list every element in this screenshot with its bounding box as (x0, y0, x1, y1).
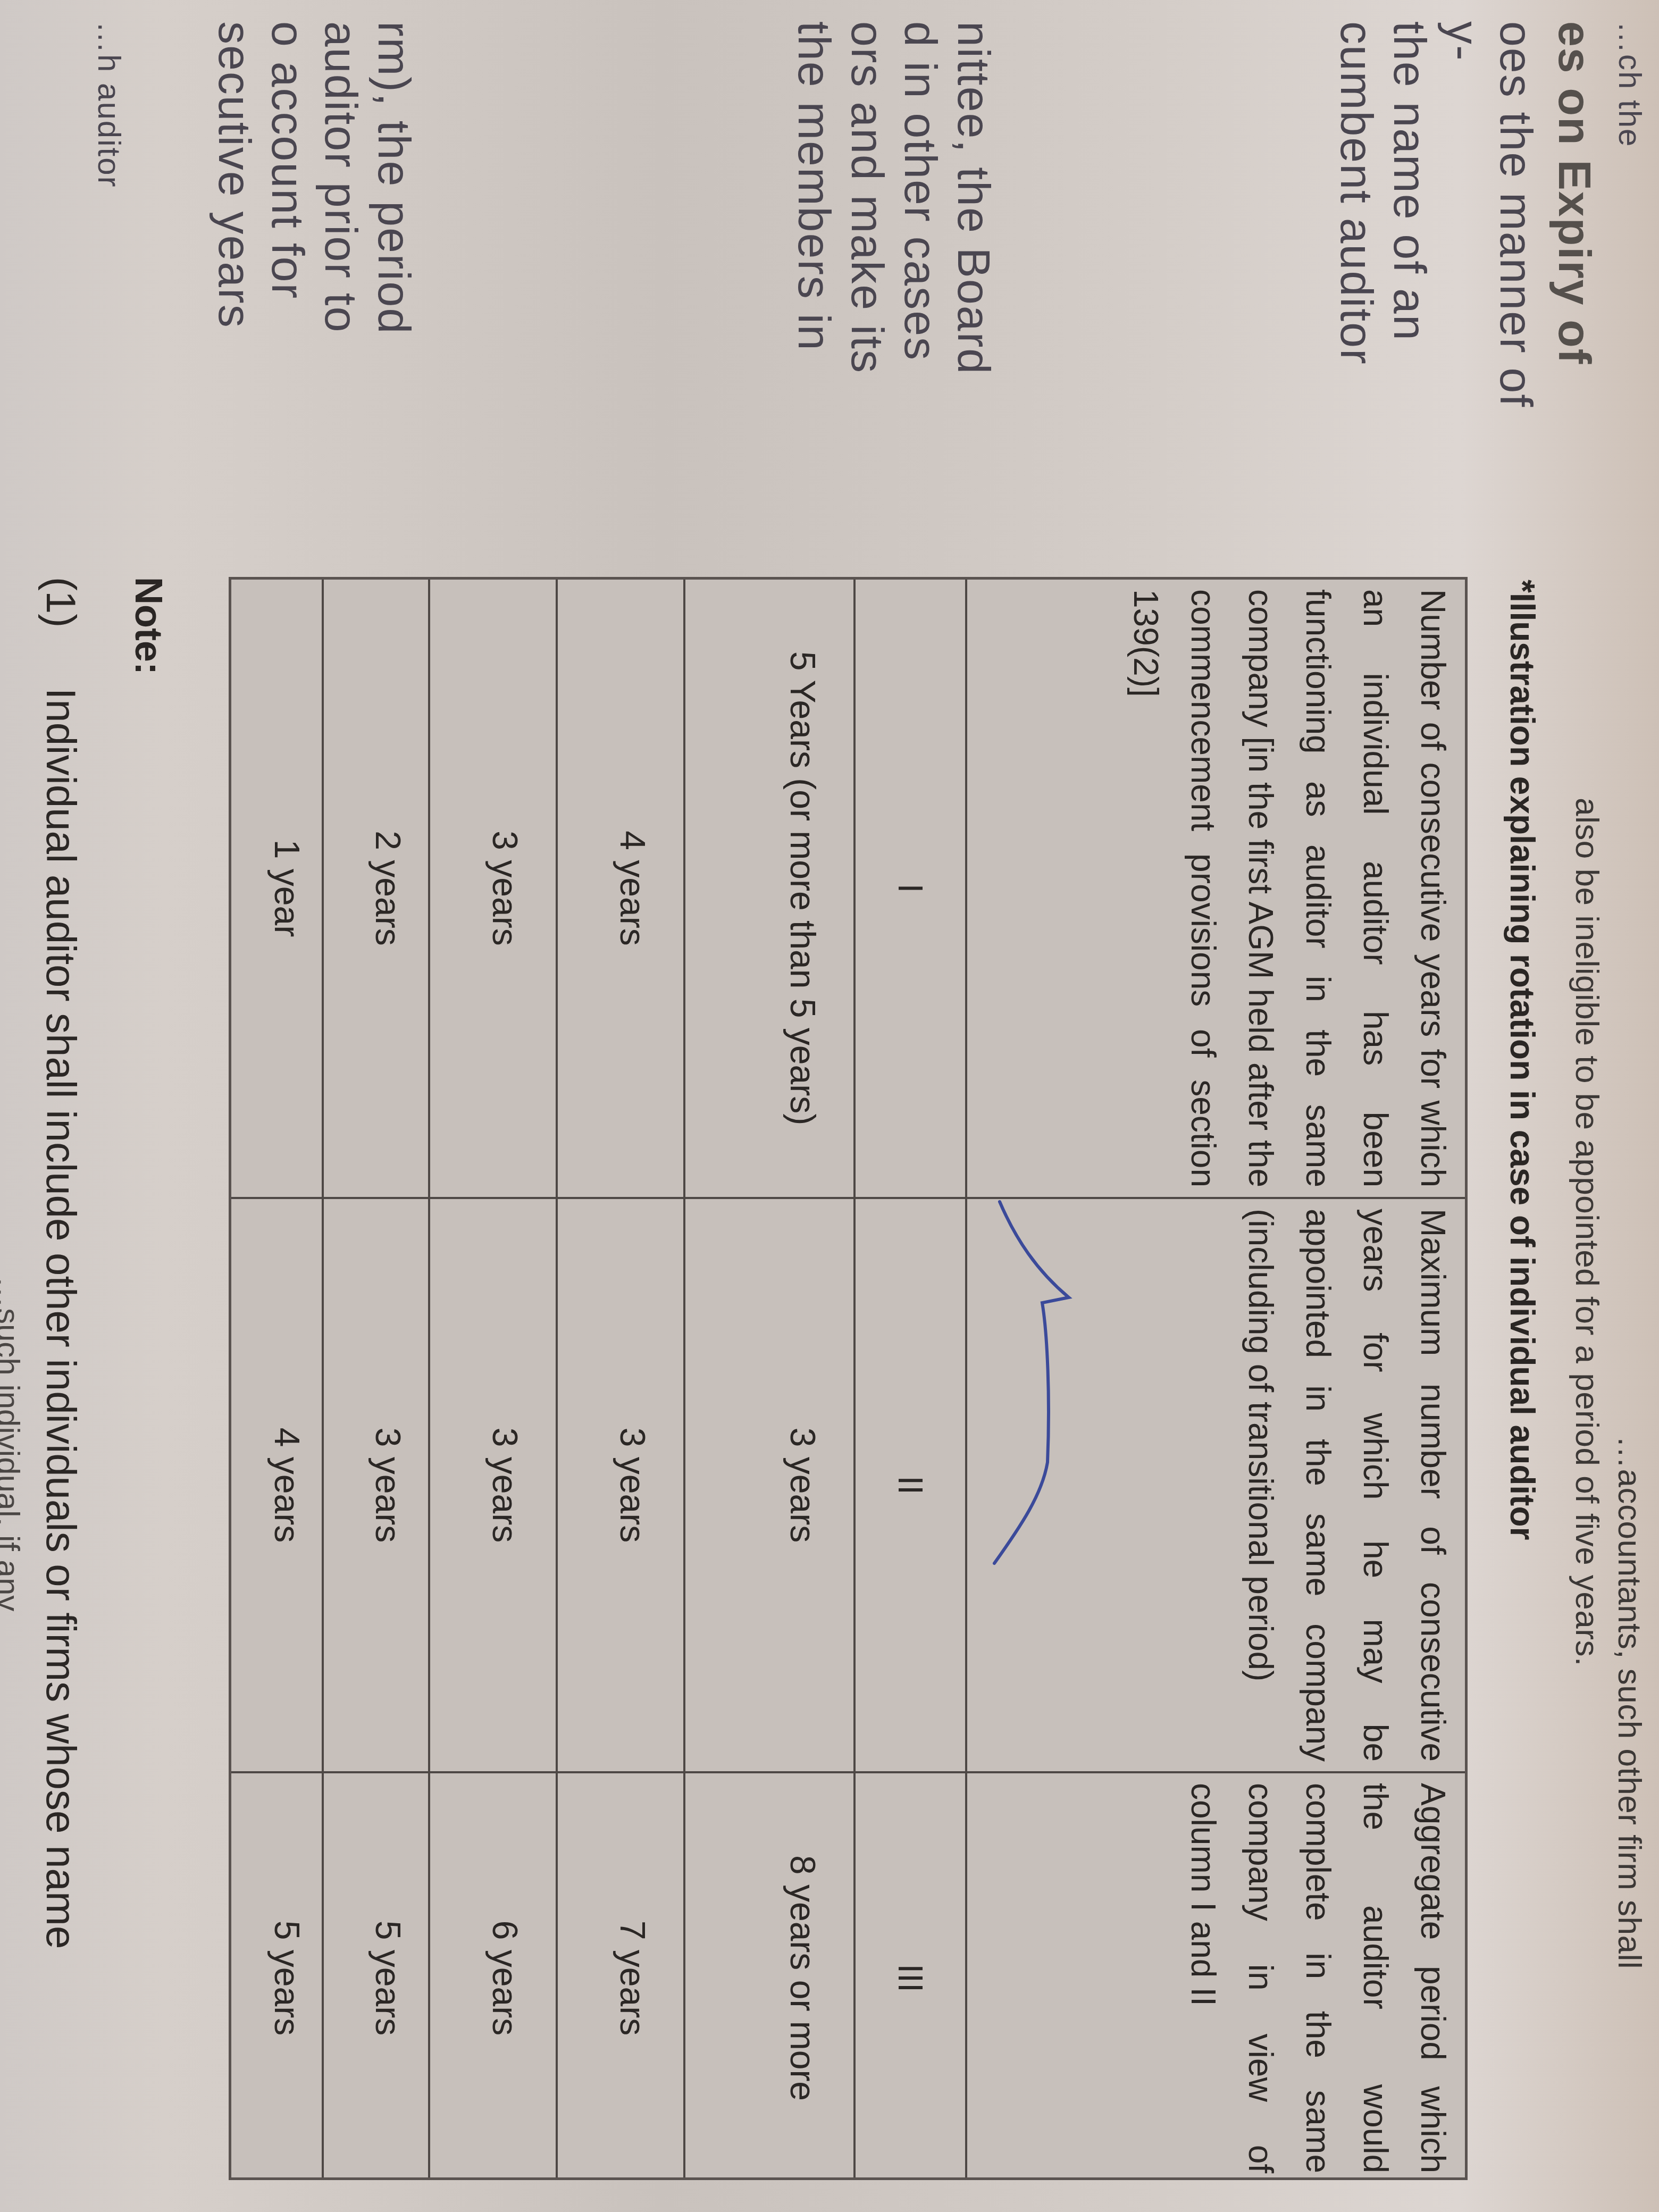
left-page-line: the name of an (1383, 21, 1436, 341)
body-text-line: also be ineligible to be appointed for a… (1568, 798, 1606, 1666)
table-cell: 3 years (430, 580, 556, 1199)
header-cell-col1: Number of consecutive years for which an… (967, 580, 1465, 1199)
table-row: 2 years 3 years 5 years (322, 580, 428, 2177)
left-page-line: nittee, the Board (947, 21, 1000, 375)
table-row: 5 Years (or more than 5 years) 3 years 8… (683, 580, 853, 2177)
column-number: III (856, 1773, 965, 2183)
left-page-line: y- (1436, 21, 1489, 62)
left-page-heading: es on Expiry of (1548, 21, 1601, 365)
body-text-line: …accountants, such other firm shall (1611, 1436, 1648, 1969)
column-number-row: I II III (853, 580, 965, 2177)
left-page-line: the members in (787, 21, 840, 351)
left-page-line: oes the manner of (1489, 21, 1542, 408)
note-item: (1) Individual auditor shall include oth… (37, 577, 85, 1949)
table-cell: 3 years (324, 1199, 428, 1773)
table-cell: 3 years (685, 1199, 853, 1773)
table-cell: 3 years (558, 1199, 683, 1773)
table-row: 3 years 3 years 6 years (428, 580, 556, 2177)
note-partial-line: …such individual, if any (0, 1276, 27, 1611)
table-cell: 5 Years (or more than 5 years) (685, 580, 853, 1199)
table-cell: 5 years (231, 1773, 322, 2183)
left-page-line: o account for (261, 21, 314, 299)
left-page-line: ors and make its (841, 21, 893, 374)
table-cell: 2 years (324, 580, 428, 1199)
left-page-line: rm), the period (367, 21, 420, 334)
table-row: 4 years 3 years 7 years (556, 580, 683, 2177)
table-caption: *Illustration explaining rotation in cas… (1503, 580, 1542, 1540)
table-cell: 5 years (324, 1773, 428, 2183)
table-row: 1 year 4 years 5 years (231, 580, 322, 2177)
note-title: Note: (127, 577, 170, 675)
table-cell: 3 years (430, 1199, 556, 1773)
left-page-line: d in other cases (894, 21, 946, 361)
table-cell: 7 years (558, 1773, 683, 2183)
table-cell: 1 year (231, 580, 322, 1199)
left-page-line: secutive years (208, 21, 261, 329)
header-cell-col3: Aggregate period which the auditor would… (967, 1773, 1465, 2183)
table-cell: 4 years (558, 580, 683, 1199)
left-page-line: auditor prior to (314, 21, 367, 333)
column-number: II (856, 1199, 965, 1773)
note-item-text: Individual auditor shall include other i… (38, 688, 85, 1949)
pen-annotation-icon (984, 1196, 1101, 1569)
left-page-line: …h auditor (91, 21, 128, 188)
book-page: …ch the es on Expiry of oes the manner o… (0, 0, 1659, 2212)
column-number: I (856, 580, 965, 1199)
note-item-number: (1) (38, 577, 85, 627)
table-cell: 4 years (231, 1199, 322, 1773)
left-page-line: …ch the (1612, 21, 1648, 147)
table-cell: 6 years (430, 1773, 556, 2183)
table-cell: 8 years or more (685, 1773, 853, 2183)
left-page-line: cumbent auditor (1330, 21, 1382, 365)
rotation-table: Number of consecutive years for which an… (229, 577, 1468, 2180)
